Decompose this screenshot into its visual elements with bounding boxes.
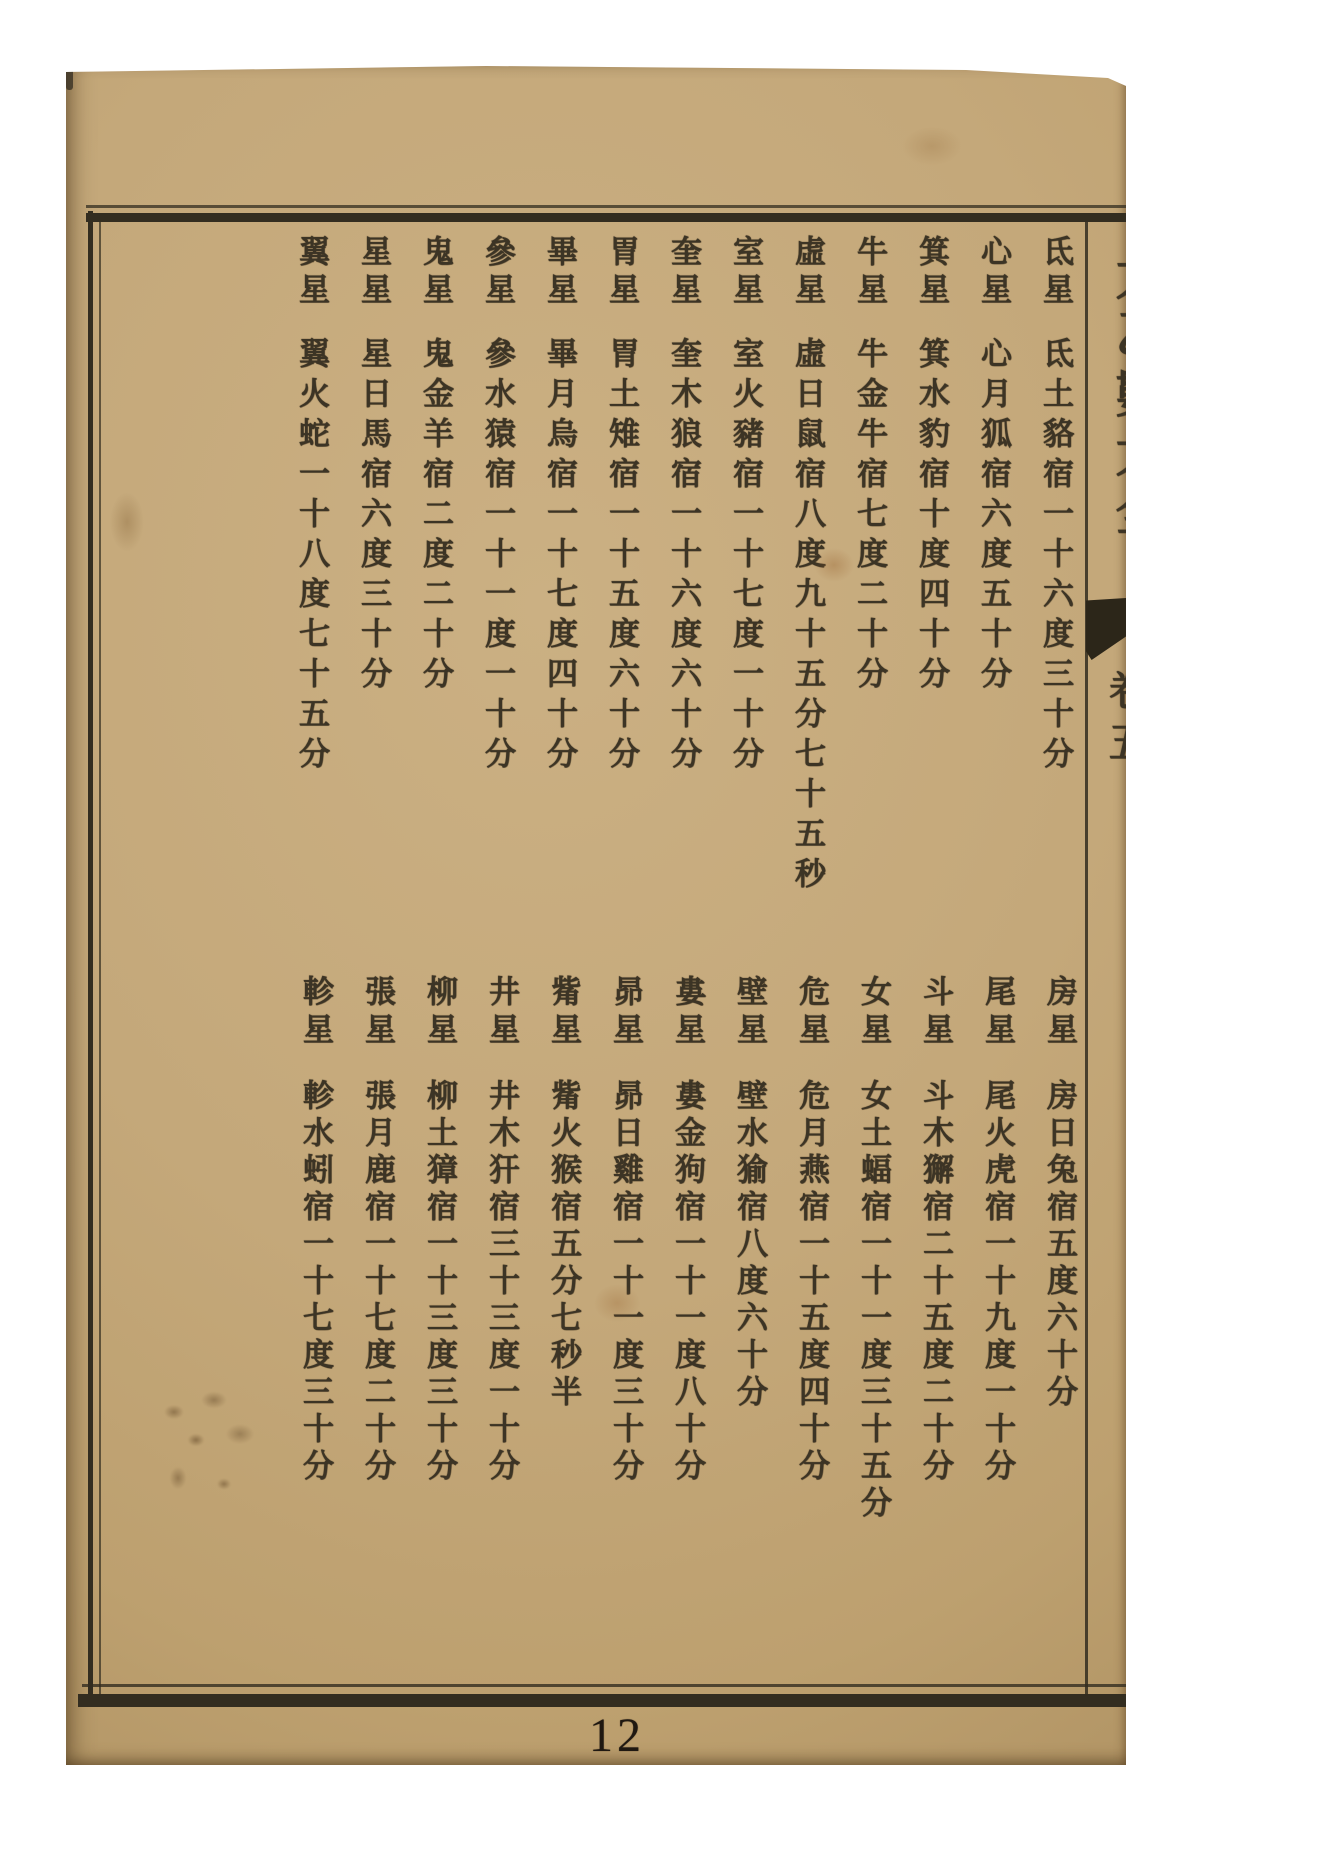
mansion-column: 井星井木犴宿三十三度一十分: [479, 975, 524, 1595]
mansion-column: 胃星胃土雉宿一十五度六十分: [599, 235, 644, 925]
mansion-degree-text: 參水猿宿一十一度一十分: [480, 337, 515, 777]
frame-left-inner-line: [99, 220, 101, 1698]
mansion-column: 牛星牛金牛宿七度二十分: [847, 235, 892, 925]
mansion-degree-text: 牛金牛宿七度二十分: [852, 337, 887, 697]
mansion-degree-text: 鬼金羊宿二度二十分: [418, 337, 453, 697]
mansion-degree-text: 婁金狗宿一十一度八十分: [670, 1079, 705, 1486]
frame-bottom-thick-line: [78, 1694, 1126, 1707]
mansion-column: 奎星奎木狼宿一十六度六十分: [661, 235, 706, 925]
mansion-column: 張星張月鹿宿一十七度二十分: [355, 975, 400, 1595]
star-name-header: 井星: [484, 975, 519, 1051]
star-name-header: 奎星: [666, 235, 701, 311]
page-folio-number: 12: [589, 1708, 709, 1763]
star-name-header: 室星: [728, 235, 763, 311]
star-name-header: 軫星: [298, 975, 333, 1051]
mansion-column: 星星星日馬宿六度三十分: [351, 235, 396, 925]
star-name-header: 昴星: [608, 975, 643, 1051]
mansion-degree-text: 井木犴宿三十三度一十分: [484, 1079, 519, 1486]
mansion-column: 虛星虛日鼠宿八度九十五分七十五秒: [785, 235, 830, 925]
lower-mansion-table: 房星房日兔宿五度六十分尾星尾火虎宿一十九度一十分斗星斗木獬宿二十五度二十分女星女…: [276, 975, 1082, 1595]
mansion-degree-text: 室火豬宿一十七度一十分: [728, 337, 763, 777]
mansion-degree-text: 畢月烏宿一十七度四十分: [542, 337, 577, 777]
mansion-column: 軫星軫水蚓宿一十七度三十分: [293, 975, 338, 1595]
mansion-degree-text: 昴日雞宿一十一度三十分: [608, 1079, 643, 1486]
mansion-column: 心星心月狐宿六度五十分: [971, 235, 1016, 925]
star-name-header: 斗星: [918, 975, 953, 1051]
mansion-column: 箕星箕水豹宿十度四十分: [909, 235, 954, 925]
mansion-column: 壁星壁水㺄宿八度六十分: [727, 975, 772, 1595]
mansion-degree-text: 房日兔宿五度六十分: [1042, 1079, 1077, 1412]
mansion-column: 房星房日兔宿五度六十分: [1037, 975, 1082, 1595]
ink-blot-on-rule: [66, 62, 73, 90]
spine-column-rule: [1085, 222, 1088, 1696]
mansion-column: 觜星觜火猴宿五分七秒半: [541, 975, 586, 1595]
mansion-column: 女星女土蝠宿一十一度三十五分: [851, 975, 896, 1595]
star-name-header: 翼星: [294, 235, 329, 311]
mansion-degree-text: 柳土獐宿一十三度三十分: [422, 1079, 457, 1486]
mansion-degree-text: 斗木獬宿二十五度二十分: [918, 1079, 953, 1486]
star-name-header: 星星: [356, 235, 391, 311]
star-name-header: 牛星: [852, 235, 887, 311]
mansion-column: 昴星昴日雞宿一十一度三十分: [603, 975, 648, 1595]
mansion-degree-text: 虛日鼠宿八度九十五分七十五秒: [790, 337, 825, 897]
star-name-header: 房星: [1042, 975, 1077, 1051]
star-name-header: 胃星: [604, 235, 639, 311]
star-name-header: 女星: [856, 975, 891, 1051]
mansion-degree-text: 氐土貉宿一十六度三十分: [1038, 337, 1073, 777]
star-name-header: 畢星: [542, 235, 577, 311]
mansion-column: 柳星柳土獐宿一十三度三十分: [417, 975, 462, 1595]
star-name-header: 心星: [976, 235, 1011, 311]
spine-volume-marker: 卷五: [1096, 668, 1126, 848]
mansion-degree-text: 星日馬宿六度三十分: [356, 337, 391, 697]
mansion-column: 斗星斗木獬宿二十五度二十分: [913, 975, 958, 1595]
foxing-spot: [110, 492, 144, 552]
book-page-scan: 太乙數大全 卷五 氐星氐土貉宿一十六度三十分心星心月狐宿六度五十分箕星箕水豹宿十…: [66, 62, 1126, 1765]
mansion-degree-text: 箕水豹宿十度四十分: [914, 337, 949, 697]
mansion-column: 翼星翼火蛇一十八度七十五分: [289, 235, 334, 925]
mansion-degree-text: 尾火虎宿一十九度一十分: [980, 1079, 1015, 1486]
star-name-header: 尾星: [980, 975, 1015, 1051]
mansion-degree-text: 軫水蚓宿一十七度三十分: [298, 1079, 333, 1486]
mansion-degree-text: 心月狐宿六度五十分: [976, 337, 1011, 697]
mansion-degree-text: 奎木狼宿一十六度六十分: [666, 337, 701, 777]
frame-top-thick-line: [86, 213, 1126, 222]
star-name-header: 參星: [480, 235, 515, 311]
star-name-header: 張星: [360, 975, 395, 1051]
star-name-header: 氐星: [1038, 235, 1073, 311]
frame-top-thin-line: [86, 205, 1126, 208]
frame-left-outer-line: [88, 211, 93, 1706]
mansion-column: 鬼星鬼金羊宿二度二十分: [413, 235, 458, 925]
star-name-header: 壁星: [732, 975, 767, 1051]
star-name-header: 婁星: [670, 975, 705, 1051]
frame-bottom-thin-line: [82, 1684, 1126, 1687]
star-name-header: 虛星: [790, 235, 825, 311]
star-name-header: 柳星: [422, 975, 457, 1051]
mansion-column: 婁星婁金狗宿一十一度八十分: [665, 975, 710, 1595]
mansion-column: 危星危月燕宿一十五度四十分: [789, 975, 834, 1595]
mansion-degree-text: 壁水㺄宿八度六十分: [732, 1079, 767, 1412]
mansion-column: 尾星尾火虎宿一十九度一十分: [975, 975, 1020, 1595]
mansion-column: 參星參水猿宿一十一度一十分: [475, 235, 520, 925]
star-name-header: 箕星: [914, 235, 949, 311]
star-name-header: 鬼星: [418, 235, 453, 311]
star-name-header: 危星: [794, 975, 829, 1051]
mansion-degree-text: 翼火蛇一十八度七十五分: [294, 337, 329, 777]
star-name-header: 觜星: [546, 975, 581, 1051]
foxing-spot: [902, 126, 962, 166]
mansion-column: 畢星畢月烏宿一十七度四十分: [537, 235, 582, 925]
mansion-degree-text: 張月鹿宿一十七度二十分: [360, 1079, 395, 1486]
mansion-degree-text: 危月燕宿一十五度四十分: [794, 1079, 829, 1486]
mansion-degree-text: 女土蝠宿一十一度三十五分: [856, 1079, 891, 1523]
ink-smudge-stain: [144, 1382, 294, 1542]
mansion-column: 氐星氐土貉宿一十六度三十分: [1033, 235, 1078, 925]
mansion-degree-text: 胃土雉宿一十五度六十分: [604, 337, 639, 777]
upper-mansion-table: 氐星氐土貉宿一十六度三十分心星心月狐宿六度五十分箕星箕水豹宿十度四十分牛星牛金牛…: [272, 235, 1078, 925]
mansion-column: 室星室火豬宿一十七度一十分: [723, 235, 768, 925]
mansion-degree-text: 觜火猴宿五分七秒半: [546, 1079, 581, 1412]
